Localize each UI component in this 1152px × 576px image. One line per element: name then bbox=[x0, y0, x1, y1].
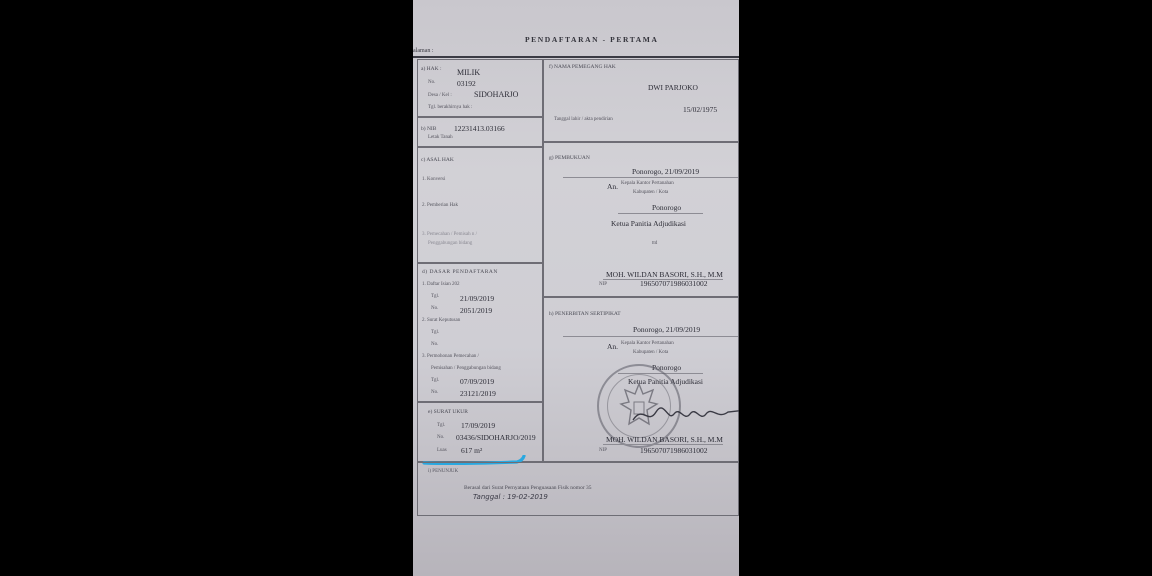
signature bbox=[628, 400, 739, 430]
pembukuan-an: An. bbox=[607, 182, 618, 191]
dasar-pendaftaran-label: d) DASAR PENDAFTARAN bbox=[422, 269, 498, 275]
asal-item-3: 3. Pemecahan / Pemisah n / bbox=[422, 232, 477, 237]
dasar-item-1-tgl-label: Tgl. bbox=[431, 294, 439, 299]
hak-value: MILIK bbox=[457, 68, 480, 77]
penerbitan-label: h) PENERBITAN SERTIPIKAT bbox=[549, 311, 621, 317]
pembukuan-ttd: ttd bbox=[652, 241, 657, 246]
penunjuk-text: Berasal dari Surat Pernyataan Penguasaan… bbox=[464, 485, 592, 491]
surat-ukur-tgl: 17/09/2019 bbox=[461, 421, 495, 430]
penerbitan-office-2: Kabupaten / Kota bbox=[633, 350, 668, 355]
dasar-item-1-tgl: 21/09/2019 bbox=[460, 294, 494, 303]
surat-ukur-no-label: No. bbox=[437, 435, 444, 440]
pembukuan-place-date: Ponorogo, 21/09/2019 bbox=[632, 167, 699, 176]
top-rule bbox=[413, 56, 739, 58]
penunjuk-label: i) PENUNJUK bbox=[428, 469, 458, 474]
surat-ukur-no: 03436/SIDOHARJO/2019 bbox=[456, 433, 536, 442]
hak-label: a) HAK : bbox=[421, 66, 441, 72]
document-photo: PENDAFTARAN - PERTAMA alaman : a) HAK : … bbox=[413, 0, 739, 576]
dasar-item-1: 1. Daftar Isian 202 bbox=[422, 282, 460, 287]
dasar-item-2-tgl-label: Tgl. bbox=[431, 330, 439, 335]
dasar-item-1-no-label: No. bbox=[431, 306, 438, 311]
pembukuan-label: g) PEMBUKUAN bbox=[549, 155, 590, 161]
pembukuan-office-2: Kabupaten / Kota bbox=[633, 190, 668, 195]
section-f-box bbox=[543, 59, 739, 142]
letak-tanah-label: Letak Tanah bbox=[428, 135, 453, 140]
asal-item-1: 1. Konversi bbox=[422, 177, 445, 182]
luas-value: 617 m² bbox=[461, 446, 482, 455]
pembukuan-nip-label: NIP bbox=[599, 282, 607, 287]
penerbitan-nip-label: NIP bbox=[599, 448, 607, 453]
pembukuan-role: Ketua Panitia Adjudikasi bbox=[611, 219, 686, 228]
halaman-label: alaman : bbox=[413, 48, 434, 54]
dasar-item-3: 3. Permohonan Pemecahan / bbox=[422, 354, 479, 359]
luas-label: Luas bbox=[437, 448, 447, 453]
holder-name: DWI PARJOKO bbox=[648, 83, 698, 92]
pembukuan-city: Ponorogo bbox=[652, 203, 681, 212]
dasar-item-1-no: 2051/2019 bbox=[460, 306, 492, 315]
document-title: PENDAFTARAN - PERTAMA bbox=[525, 35, 658, 44]
nib-label: b) NIB bbox=[421, 126, 436, 132]
pembukuan-official-name: MOH. WILDAN BASORI, S.H., M.M bbox=[606, 270, 723, 279]
dasar-item-2: 2. Surat Keputusan bbox=[422, 318, 460, 323]
dasar-item-3-no-label: No. bbox=[431, 390, 438, 395]
birth-date: 15/02/1975 bbox=[683, 105, 717, 114]
asal-item-3b: Penggabungan bidang bbox=[428, 241, 472, 246]
dasar-item-3-no: 23121/2019 bbox=[460, 389, 496, 398]
penerbitan-official-name: MOH. WILDAN BASORI, S.H., M.M bbox=[606, 435, 723, 444]
dasar-item-2-no-label: No. bbox=[431, 342, 438, 347]
pembukuan-nip: 196507071986031002 bbox=[640, 279, 708, 288]
penunjuk-handwritten-date: Tanggal : 19-02-2019 bbox=[473, 493, 548, 501]
desa-label: Desa / Kel : bbox=[428, 93, 452, 98]
dasar-item-3-tgl: 07/09/2019 bbox=[460, 377, 494, 386]
berakhir-label: Tgl. berakhirnya hak : bbox=[428, 105, 472, 110]
asal-hak-label: c) ASAL HAK bbox=[421, 157, 454, 163]
desa-value: SIDOHARJO bbox=[474, 90, 518, 99]
penerbitan-place-date: Ponorogo, 21/09/2019 bbox=[633, 325, 700, 334]
nib-value: 12231413.03166 bbox=[454, 124, 505, 133]
penerbitan-office-1: Kepala Kantor Pertanahan bbox=[621, 341, 674, 346]
penerbitan-an: An. bbox=[607, 342, 618, 351]
asal-item-2: 2. Pemberian Hak bbox=[422, 203, 458, 208]
penerbitan-nip: 196507071986031002 bbox=[640, 446, 708, 455]
pembukuan-office-1: Kepala Kantor Pertanahan bbox=[621, 181, 674, 186]
nama-pemegang-label: f) NAMA PEMEGANG HAK bbox=[549, 64, 616, 70]
dasar-item-3-tgl-label: Tgl. bbox=[431, 378, 439, 383]
surat-ukur-tgl-label: Tgl. bbox=[437, 423, 445, 428]
surat-ukur-label: e) SURAT UKUR bbox=[428, 409, 468, 415]
dasar-item-3b: Pemisahan / Penggabungan bidang bbox=[431, 366, 501, 371]
no-label: No. bbox=[428, 80, 435, 85]
birth-label: Tanggal lahir / akta pendirian bbox=[554, 117, 613, 122]
no-value: 03192 bbox=[457, 79, 476, 88]
